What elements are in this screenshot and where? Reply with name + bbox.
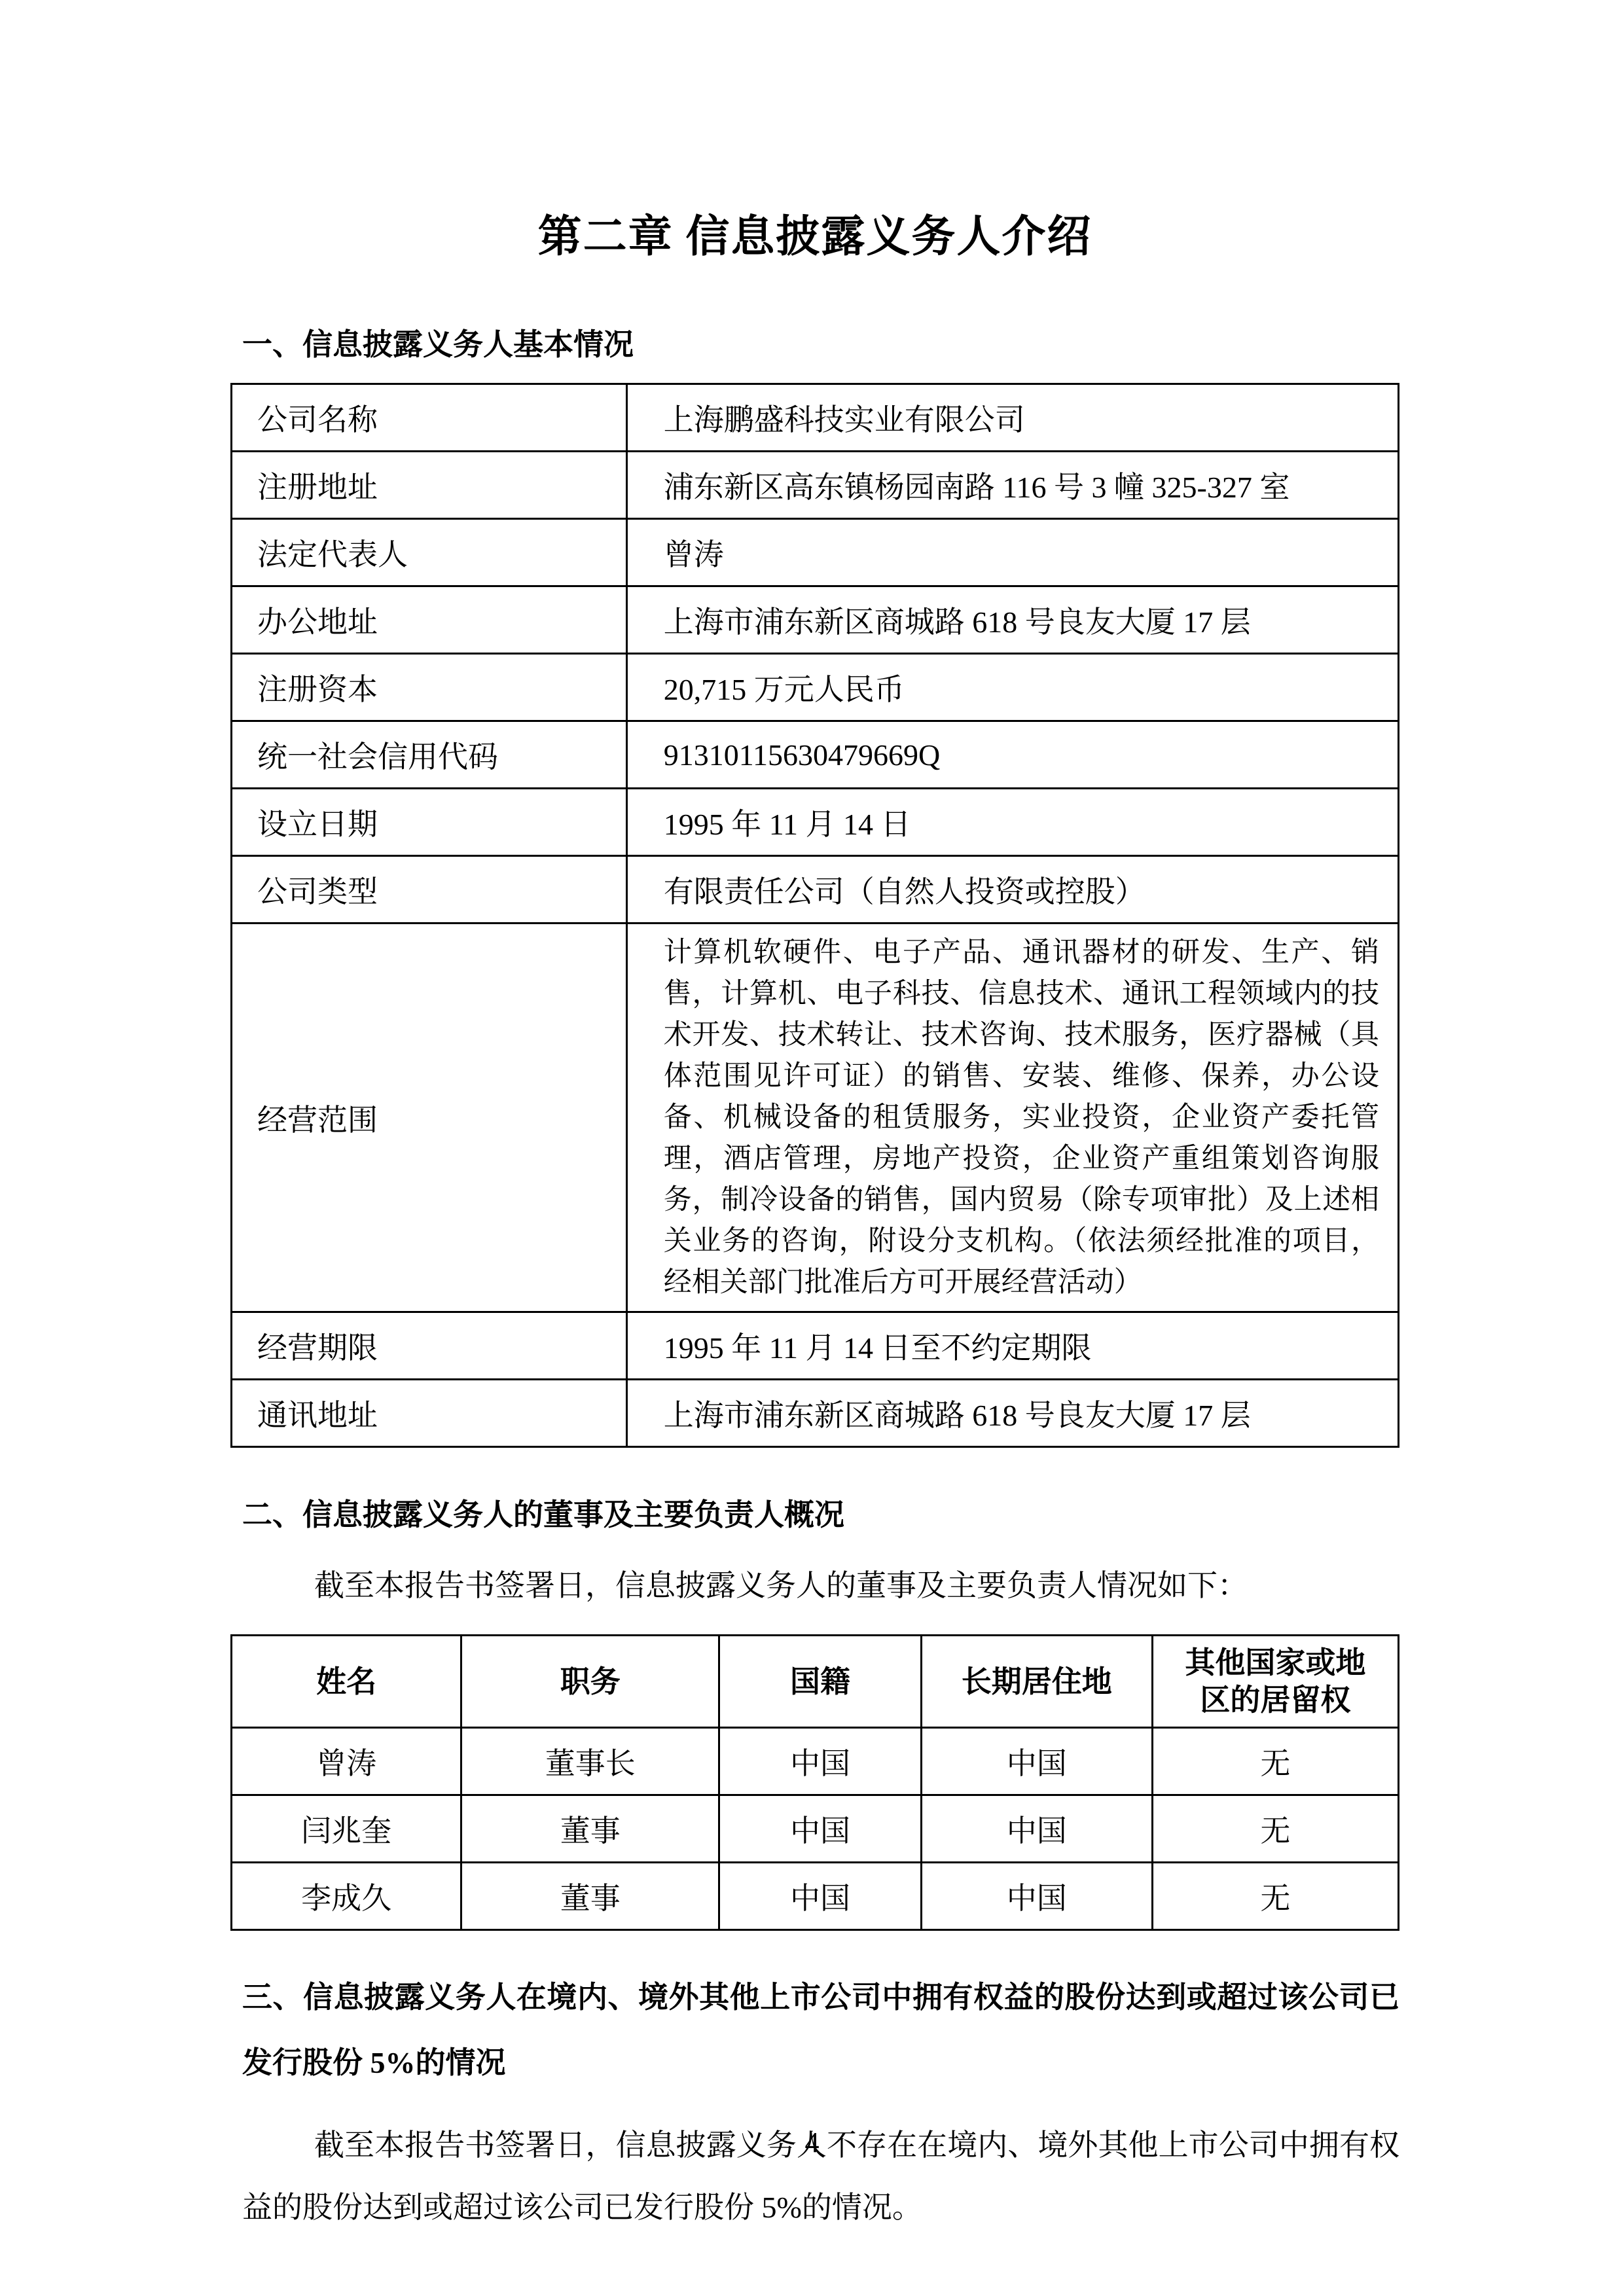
cell-other-residency: 无: [1152, 1863, 1398, 1930]
table-row: 注册资本 20,715 万元人民币: [232, 654, 1399, 721]
cell-nationality: 中国: [719, 1863, 921, 1930]
cell-residence: 中国: [921, 1795, 1152, 1863]
table-row: 公司类型 有限责任公司（自然人投资或控股）: [232, 856, 1399, 924]
header-residence: 长期居住地: [921, 1636, 1152, 1728]
cell-position: 董事: [461, 1795, 719, 1863]
info-label: 经营期限: [232, 1312, 627, 1380]
info-label: 通讯地址: [232, 1380, 627, 1447]
info-value: 曾涛: [626, 519, 1398, 586]
table-row: 公司名称 上海鹏盛科技实业有限公司: [232, 384, 1399, 452]
info-value: 1995 年 11 月 14 日至不约定期限: [626, 1312, 1398, 1380]
cell-nationality: 中国: [719, 1728, 921, 1795]
table-row: 经营范围 计算机软硬件、电子产品、通讯器材的研发、生产、销售，计算机、电子科技、…: [232, 924, 1399, 1312]
info-value: 上海市浦东新区商城路 618 号良友大厦 17 层: [626, 1380, 1398, 1447]
table-row: 闫兆奎 董事 中国 中国 无: [232, 1795, 1399, 1863]
info-label: 注册资本: [232, 654, 627, 721]
cell-other-residency: 无: [1152, 1795, 1398, 1863]
info-value: 20,715 万元人民币: [626, 654, 1398, 721]
document-page: 第二章 信息披露义务人介绍 一、信息披露义务人基本情况 公司名称 上海鹏盛科技实…: [0, 0, 1624, 2296]
info-label: 办公地址: [232, 586, 627, 654]
header-name: 姓名: [232, 1636, 461, 1728]
table-row: 设立日期 1995 年 11 月 14 日: [232, 789, 1399, 856]
cell-nationality: 中国: [719, 1795, 921, 1863]
info-label: 公司类型: [232, 856, 627, 924]
cell-position: 董事: [461, 1863, 719, 1930]
info-value: 浦东新区高东镇杨园南路 116 号 3 幢 325-327 室: [626, 452, 1398, 519]
page-number: 4: [0, 2126, 1624, 2159]
cell-name: 李成久: [232, 1863, 461, 1930]
header-position: 职务: [461, 1636, 719, 1728]
cell-position: 董事长: [461, 1728, 719, 1795]
table-header-row: 姓名 职务 国籍 长期居住地 其他国家或地区的居留权: [232, 1636, 1399, 1728]
header-nationality: 国籍: [719, 1636, 921, 1728]
section-one-heading: 一、信息披露义务人基本情况: [230, 327, 1399, 363]
info-value: 91310115630479669Q: [626, 721, 1398, 789]
info-label: 注册地址: [232, 452, 627, 519]
info-label: 设立日期: [232, 789, 627, 856]
table-row: 注册地址 浦东新区高东镇杨园南路 116 号 3 幢 325-327 室: [232, 452, 1399, 519]
page-content: 第二章 信息披露义务人介绍 一、信息披露义务人基本情况 公司名称 上海鹏盛科技实…: [230, 0, 1399, 2238]
cell-residence: 中国: [921, 1728, 1152, 1795]
directors-table: 姓名 职务 国籍 长期居住地 其他国家或地区的居留权 曾涛 董事长 中国 中国 …: [230, 1634, 1399, 1931]
table-row: 统一社会信用代码 91310115630479669Q: [232, 721, 1399, 789]
cell-residence: 中国: [921, 1863, 1152, 1930]
info-value: 1995 年 11 月 14 日: [626, 789, 1398, 856]
info-label: 统一社会信用代码: [232, 721, 627, 789]
cell-name: 闫兆奎: [232, 1795, 461, 1863]
section-three-heading: 三、信息披露义务人在境内、境外其他上市公司中拥有权益的股份达到或超过该公司已发行…: [230, 1965, 1399, 2096]
table-row: 办公地址 上海市浦东新区商城路 618 号良友大厦 17 层: [232, 586, 1399, 654]
info-label: 经营范围: [232, 924, 627, 1312]
table-row: 曾涛 董事长 中国 中国 无: [232, 1728, 1399, 1795]
info-label: 法定代表人: [232, 519, 627, 586]
chapter-title: 第二章 信息披露义务人介绍: [230, 0, 1399, 261]
section-two-heading: 二、信息披露义务人的董事及主要负责人概况: [230, 1497, 1399, 1534]
cell-name: 曾涛: [232, 1728, 461, 1795]
table-row: 经营期限 1995 年 11 月 14 日至不约定期限: [232, 1312, 1399, 1380]
cell-other-residency: 无: [1152, 1728, 1398, 1795]
company-info-table: 公司名称 上海鹏盛科技实业有限公司 注册地址 浦东新区高东镇杨园南路 116 号…: [230, 383, 1399, 1448]
info-value: 上海鹏盛科技实业有限公司: [626, 384, 1398, 452]
info-value: 有限责任公司（自然人投资或控股）: [626, 856, 1398, 924]
table-row: 李成久 董事 中国 中国 无: [232, 1863, 1399, 1930]
info-value-business-scope: 计算机软硬件、电子产品、通讯器材的研发、生产、销售，计算机、电子科技、信息技术、…: [626, 924, 1398, 1312]
header-other-residency: 其他国家或地区的居留权: [1152, 1636, 1398, 1728]
info-label: 公司名称: [232, 384, 627, 452]
info-value: 上海市浦东新区商城路 618 号良友大厦 17 层: [626, 586, 1398, 654]
table-row: 通讯地址 上海市浦东新区商城路 618 号良友大厦 17 层: [232, 1380, 1399, 1447]
directors-intro-paragraph: 截至本报告书签署日，信息披露义务人的董事及主要负责人情况如下：: [230, 1568, 1399, 1604]
table-row: 法定代表人 曾涛: [232, 519, 1399, 586]
